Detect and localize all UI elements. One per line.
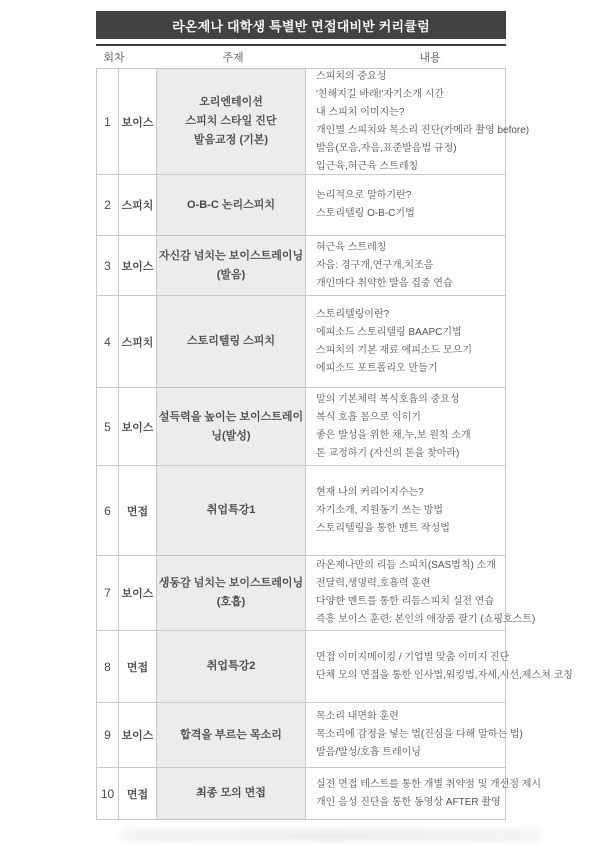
session-number: 7: [104, 586, 111, 600]
category-cell: 스피치: [118, 175, 156, 235]
category-label: 보이스: [122, 585, 154, 601]
category-label: 면접: [127, 786, 148, 802]
content-cell: 혀근육 스트레칭자음: 경구개,연구개,치조음개인마다 취약한 발음 집중 연습: [305, 236, 505, 295]
content-cell: 스피치의 중요성'친해지길 바래!'자기소개 시간내 스피치 이미지는?개인별 …: [305, 69, 533, 174]
session-number-cell: 3: [96, 236, 118, 295]
content-cell: 면접 이미지메이킹 / 기업별 맞춤 이미지 진단단체 모의 면접을 통한 인사…: [305, 631, 577, 702]
session-number-cell: 5: [96, 388, 118, 465]
content-text: 현재 나의 커리어지수는?자기소개, 지원동기 쓰는 방법스토리텔링을 통한 멘…: [316, 484, 450, 538]
session-number: 4: [104, 335, 111, 349]
content-cell: 말의 기본체력 복식호흡의 중요성복식 호흡 몸으로 익히기좋은 발성을 위한 …: [305, 388, 505, 465]
table-row: 2 스피치 O-B-C 논리스피치 논리적으로 말하기란?스토리텔링 O-B-C…: [96, 175, 506, 236]
table-row: 5 보이스 설득력을 높이는 보이스트레이닝(발성) 말의 기본체력 복식호흡의…: [96, 388, 506, 466]
topic-cell: 스토리텔링 스피치: [156, 296, 305, 387]
content-text: 라온제나만의 리듬 스피치(SAS법칙) 소개전달력,생명력,호흡력 훈련다양한…: [316, 557, 535, 629]
session-number: 6: [104, 504, 111, 518]
table-row: 1 보이스 오리엔테이션스피치 스타일 진단발음교정 (기본) 스피치의 중요성…: [96, 69, 506, 175]
topic-cell: 합격을 부르는 목소리: [156, 703, 305, 767]
topic-text: 설득력을 높이는 보이스트레이닝(발성): [157, 408, 305, 446]
topic-text: 최종 모의 면접: [196, 784, 266, 803]
topic-cell: 오리엔테이션스피치 스타일 진단발음교정 (기본): [156, 69, 305, 174]
session-number: 2: [104, 198, 111, 212]
topic-cell: 자신감 넘치는 보이스트레이닝(발음): [156, 236, 305, 295]
content-text: 실전 면접 테스트를 통한 개별 취약점 및 개선점 제시개인 음성 진단을 통…: [316, 776, 541, 812]
category-label: 보이스: [122, 114, 154, 130]
topic-text: 자신감 넘치는 보이스트레이닝(발음): [157, 247, 305, 285]
content-text: 말의 기본체력 복식호흡의 중요성복식 호흡 몸으로 익히기좋은 발성을 위한 …: [316, 391, 471, 463]
session-number-cell: 6: [96, 466, 118, 555]
content-cell: 라온제나만의 리듬 스피치(SAS법칙) 소개전달력,생명력,호흡력 훈련다양한…: [305, 556, 539, 630]
session-number-cell: 1: [96, 69, 118, 174]
table-row: 3 보이스 자신감 넘치는 보이스트레이닝(발음) 혀근육 스트레칭자음: 경구…: [96, 236, 506, 296]
table-body: 1 보이스 오리엔테이션스피치 스타일 진단발음교정 (기본) 스피치의 중요성…: [96, 69, 506, 820]
category-cell: 보이스: [118, 69, 156, 174]
session-number-cell: 7: [96, 556, 118, 630]
session-number-cell: 9: [96, 703, 118, 767]
column-header-topic: 주제: [222, 49, 243, 65]
session-number: 5: [104, 420, 111, 434]
category-cell: 면접: [118, 631, 156, 702]
content-text: 스피치의 중요성'친해지길 바래!'자기소개 시간내 스피치 이미지는?개인별 …: [316, 68, 529, 176]
content-text: 논리적으로 말하기란?스토리텔링 O-B-C기법: [316, 187, 415, 223]
content-cell: 스토리텔링이란?에피소드 스토리텔링 BAAPC기법스피치의 기본 재료 에피소…: [305, 296, 505, 387]
category-cell: 보이스: [118, 703, 156, 767]
curriculum-sheet: 라온제나 대학생 특별반 면접대비반 커리큘럼 회차 주제 내용 1 보이스 오…: [96, 11, 506, 820]
topic-text: 생동감 넘치는 보이스트레이닝 (호흡): [157, 574, 305, 612]
category-label: 보이스: [122, 258, 154, 274]
category-label: 보이스: [122, 419, 154, 435]
content-cell: 논리적으로 말하기란?스토리텔링 O-B-C기법: [305, 175, 505, 235]
table-row: 8 면접 취업특강2 면접 이미지메이킹 / 기업별 맞춤 이미지 진단단체 모…: [96, 631, 506, 703]
content-text: 스토리텔링이란?에피소드 스토리텔링 BAAPC기법스피치의 기본 재료 에피소…: [316, 306, 472, 378]
category-label: 면접: [127, 659, 148, 675]
topic-text: O-B-C 논리스피치: [187, 196, 275, 215]
session-number: 8: [104, 660, 111, 674]
column-header-content: 내용: [419, 49, 440, 65]
session-number-cell: 10: [96, 768, 118, 819]
topic-cell: 취업특강2: [156, 631, 305, 702]
topic-cell: O-B-C 논리스피치: [156, 175, 305, 235]
table-row: 6 면접 취업특강1 현재 나의 커리어지수는?자기소개, 지원동기 쓰는 방법…: [96, 466, 506, 556]
curriculum-title-bar: 라온제나 대학생 특별반 면접대비반 커리큘럼: [96, 11, 506, 39]
table-row: 7 보이스 생동감 넘치는 보이스트레이닝 (호흡) 라온제나만의 리듬 스피치…: [96, 556, 506, 631]
topic-text: 취업특강2: [207, 657, 256, 676]
topic-text: 스토리텔링 스피치: [187, 332, 275, 351]
category-cell: 보이스: [118, 388, 156, 465]
table-row: 10 면접 최종 모의 면접 실전 면접 테스트를 통한 개별 취약점 및 개선…: [96, 768, 506, 820]
content-text: 혀근육 스트레칭자음: 경구개,연구개,치조음개인마다 취약한 발음 집중 연습: [316, 239, 453, 293]
category-label: 보이스: [122, 727, 154, 743]
category-label: 스피치: [122, 197, 154, 213]
topic-text: 오리엔테이션스피치 스타일 진단발음교정 (기본): [185, 93, 276, 150]
session-number-cell: 8: [96, 631, 118, 702]
curriculum-title: 라온제나 대학생 특별반 면접대비반 커리큘럼: [172, 16, 430, 35]
category-label: 스피치: [122, 334, 154, 350]
session-number: 9: [104, 728, 111, 742]
category-cell: 면접: [118, 768, 156, 819]
topic-cell: 설득력을 높이는 보이스트레이닝(발성): [156, 388, 305, 465]
content-cell: 현재 나의 커리어지수는?자기소개, 지원동기 쓰는 방법스토리텔링을 통한 멘…: [305, 466, 505, 555]
topic-cell: 최종 모의 면접: [156, 768, 305, 819]
content-cell: 실전 면접 테스트를 통한 개별 취약점 및 개선점 제시개인 음성 진단을 통…: [305, 768, 545, 819]
content-text: 면접 이미지메이킹 / 기업별 맞춤 이미지 진단단체 모의 면접을 통한 인사…: [316, 649, 573, 685]
column-header-session: 회차: [103, 49, 124, 65]
topic-text: 합격을 부르는 목소리: [180, 726, 282, 745]
content-cell: 목소리 내면화 훈련목소리에 감정을 넣는 법(진심을 다해 말하는 법)발음/…: [305, 703, 527, 767]
footer-watermark-smudge: [120, 829, 540, 842]
table-header-row: 회차 주제 내용: [96, 46, 506, 69]
session-number-cell: 4: [96, 296, 118, 387]
session-number: 10: [101, 787, 114, 801]
session-number-cell: 2: [96, 175, 118, 235]
topic-text: 취업특강1: [207, 501, 256, 520]
category-cell: 면접: [118, 466, 156, 555]
session-number: 3: [104, 259, 111, 273]
table-row: 4 스피치 스토리텔링 스피치 스토리텔링이란?에피소드 스토리텔링 BAAPC…: [96, 296, 506, 388]
category-label: 면접: [127, 503, 148, 519]
category-cell: 보이스: [118, 236, 156, 295]
curriculum-table: 회차 주제 내용 1 보이스 오리엔테이션스피치 스타일 진단발음교정 (기본)…: [96, 44, 506, 820]
session-number: 1: [104, 115, 111, 129]
table-row: 9 보이스 합격을 부르는 목소리 목소리 내면화 훈련목소리에 감정을 넣는 …: [96, 703, 506, 768]
category-cell: 스피치: [118, 296, 156, 387]
category-cell: 보이스: [118, 556, 156, 630]
content-text: 목소리 내면화 훈련목소리에 감정을 넣는 법(진심을 다해 말하는 법)발음/…: [316, 708, 523, 762]
topic-cell: 취업특강1: [156, 466, 305, 555]
topic-cell: 생동감 넘치는 보이스트레이닝 (호흡): [156, 556, 305, 630]
